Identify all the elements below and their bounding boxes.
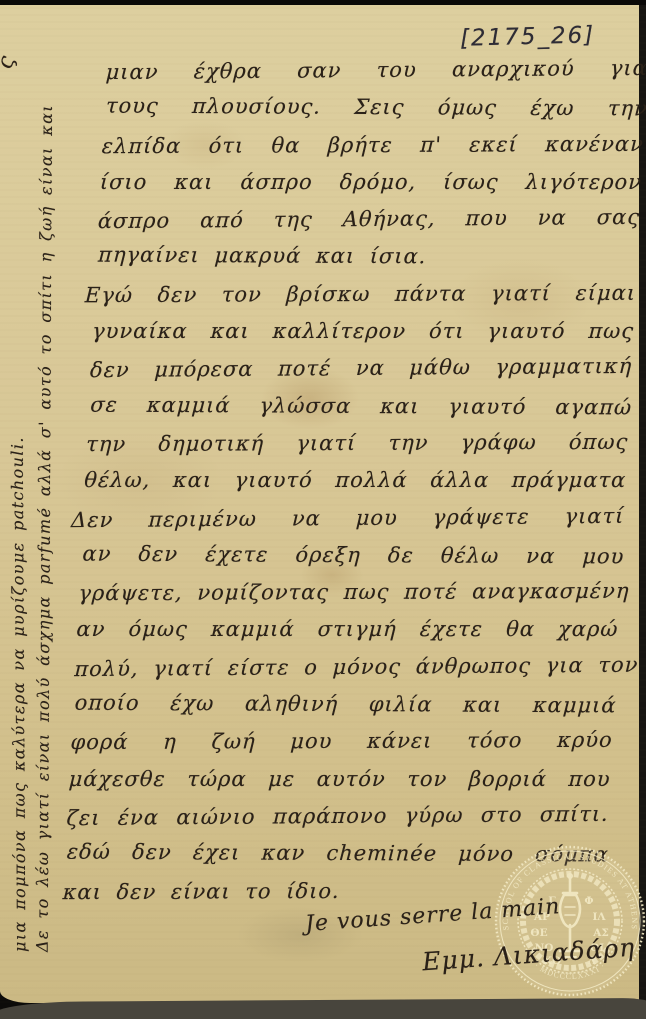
letter-line: μάχεσθε τώρα με αυτόν τον βορριά που <box>67 767 611 804</box>
scanned-letter-page: [2175_26] μιαν έχθρα σαν του αναρχικού γ… <box>0 0 646 1019</box>
letter-line: οποίο έχω αληθινή φιλία και καμμιά <box>73 691 617 731</box>
letter-line: ζει ένα αιώνιο παράπονο γύρω στο σπίτι. <box>65 802 609 844</box>
scan-edge-bottom <box>0 998 646 1019</box>
letter-line: αν όμως καμμιά στιγμή έχετε θα χαρώ <box>75 617 619 654</box>
letter-line: θέλω, και γιαυτό πολλά άλλα πράγματα <box>83 468 627 505</box>
letter-body: μιαν έχθρα σαν του αναρχικού για τους πλ… <box>62 58 646 916</box>
catalog-number: [2175_26] <box>460 22 596 52</box>
svg-text:ΘΕ: ΘΕ <box>530 927 547 939</box>
letter-line: άσπρο από της Αθήνας, που να σας <box>97 205 641 247</box>
letter-line: πηγαίνει μακρυά και ίσια. <box>97 243 641 283</box>
letter-line: δεν μπόρεσα ποτέ να μάθω γραμματική <box>89 354 633 396</box>
letter-line: γράψετε, νομίζοντας πως ποτέ αναγκασμένη <box>77 579 621 619</box>
letter-line: φορά η ζωή μου κάνει τόσο κρύο <box>69 728 613 768</box>
scan-edge-top <box>0 0 646 5</box>
letter-line: πολύ, γιατί είστε ο μόνος άνθρωπος για τ… <box>73 653 617 695</box>
letter-line: ίσιο και άσπρο δρόμο, ίσως λιγότερον <box>99 170 643 207</box>
margin-notes: μια πομπόνα πως καλύτερα να μυρίζουμε pa… <box>4 34 58 952</box>
letter-line: Δεν περιμένω να μου γράψετε γιατί <box>70 503 625 545</box>
svg-text:ΙΛ: ΙΛ <box>592 911 606 923</box>
letter-line: αν δεν έχετε όρεξη δε θέλω να μου <box>81 541 625 581</box>
letter-line: Εγώ δεν τον βρίσκω πάντα γιατί είμαι <box>84 281 637 321</box>
svg-text:Φ: Φ <box>584 895 593 907</box>
letter-line: τους πλουσίους. Σεις όμως έχω την <box>105 94 646 134</box>
margin-note-line: Δε το λέω γιατί είναι πολύ άσχημα parfum… <box>29 34 61 952</box>
letter-line: γυναίκα και καλλίτερον ότι γιαυτό πως <box>91 319 635 356</box>
letter-line: ελπίδα ότι θα βρήτε π' εκεί κανέναν <box>101 131 645 171</box>
letter-line: μιαν έχθρα σαν του αναρχικού για <box>105 56 646 98</box>
letter-line: την δημοτική γιατί την γράφω όπως <box>85 430 629 470</box>
letter-line: σε καμμιά γλώσσα και γιαυτό αγαπώ <box>89 392 633 432</box>
